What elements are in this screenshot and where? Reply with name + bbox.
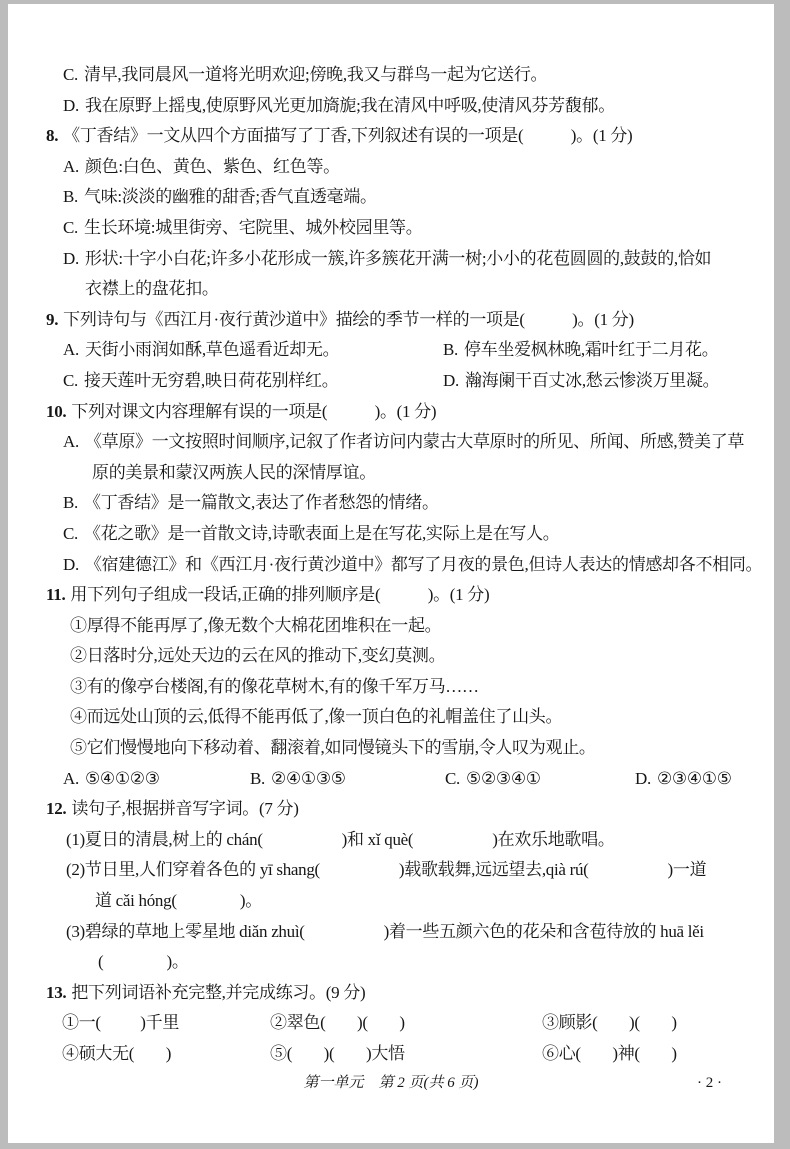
q8-option-d-continuation: 衣襟上的盘花扣。 bbox=[38, 274, 748, 305]
item-text: (1)夏日的清晨,树上的 chán( )和 xǐ què( )在欢乐地歌唱。 bbox=[66, 830, 615, 849]
option-text: 《宿建德江》和《西江月·夜行黄沙道中》都写了月夜的景色,但诗人表达的情感却各不相… bbox=[85, 555, 762, 574]
q10-option-a: A.《草原》一文按照时间顺序,记叙了作者访问内蒙古大草原时的所见、所闻、所感,赞… bbox=[38, 427, 748, 458]
q12-item-2: (2)节日里,人们穿着各色的 yī shang( )载歌载舞,远远望去,qià … bbox=[38, 855, 748, 886]
option-text: 瀚海阑干百丈冰,愁云惨淡万里凝。 bbox=[465, 371, 719, 390]
q13-word-5: ⑤( )( )大悟 bbox=[270, 1039, 542, 1070]
question-number: 8. bbox=[46, 126, 58, 145]
q9-option-a: A.天街小雨润如酥,草色遥看近却无。 bbox=[63, 335, 443, 366]
q13-word-6: ⑥心( )神( ) bbox=[542, 1039, 677, 1070]
item-text: (3)碧绿的草地上零星地 diǎn zhuì( )着一些五颜六色的花朵和含苞待放… bbox=[66, 922, 704, 941]
option-text: 《草原》一文按照时间顺序,记叙了作者访问内蒙古大草原时的所见、所闻、所感,赞美了… bbox=[85, 432, 744, 451]
q9-option-b: B.停车坐爱枫林晚,霜叶红于二月花。 bbox=[443, 335, 718, 366]
q13-stem: 13.把下列词语补充完整,并完成练习。(9 分) bbox=[38, 978, 748, 1009]
option-text: ②④①③⑤ bbox=[271, 769, 346, 788]
item-text: ( )。 bbox=[98, 952, 189, 971]
option-text: 形状:十字小白花;许多小花形成一簇,许多簇花开满一树;小小的花苞圆圆的,鼓鼓的,… bbox=[85, 249, 711, 268]
option-text: ⑤④①②③ bbox=[85, 769, 160, 788]
item-text: 道 cǎi hóng( )。 bbox=[95, 891, 262, 910]
question-text: 下列对课文内容理解有误的一项是( )。(1 分) bbox=[71, 402, 436, 421]
option-label: C. bbox=[63, 371, 78, 390]
option-label: A. bbox=[63, 340, 79, 359]
q11-sentence-1: ①厚得不能再厚了,像无数个大棉花团堆积在一起。 bbox=[38, 611, 748, 642]
q11-sentence-4: ④而远处山顶的云,低得不能再低了,像一顶白色的礼帽盖住了山头。 bbox=[38, 702, 748, 733]
sentence-text: ③有的像亭台楼阁,有的像花草树木,有的像千军万马…… bbox=[70, 677, 479, 696]
option-label: C. bbox=[63, 65, 78, 84]
option-label: C. bbox=[63, 524, 78, 543]
q12-item-3-continuation: ( )。 bbox=[38, 947, 748, 978]
q11-choice-d: D.②③④①⑤ bbox=[635, 764, 732, 795]
q9-option-d: D.瀚海阑干百丈冰,愁云惨淡万里凝。 bbox=[443, 366, 719, 397]
option-text: 生长环境:城里街旁、宅院里、城外校园里等。 bbox=[84, 218, 422, 237]
option-label: C. bbox=[445, 769, 460, 788]
question-number: 13. bbox=[46, 983, 66, 1002]
option-text: 原的美景和蒙汉两族人民的深情厚谊。 bbox=[92, 463, 376, 482]
q9-options-row-1: A.天街小雨润如酥,草色遥看近却无。 B.停车坐爱枫林晚,霜叶红于二月花。 bbox=[38, 335, 748, 366]
q11-choice-c: C.⑤②③④① bbox=[445, 764, 635, 795]
q13-words-row-2: ④硕大无( ) ⑤( )( )大悟 ⑥心( )神( ) bbox=[38, 1039, 748, 1070]
q12-item-1: (1)夏日的清晨,树上的 chán( )和 xǐ què( )在欢乐地歌唱。 bbox=[38, 825, 748, 856]
q13-word-3: ③顾影( )( ) bbox=[542, 1008, 677, 1039]
option-text: 天街小雨润如酥,草色遥看近却无。 bbox=[85, 340, 339, 359]
q10-option-a-continuation: 原的美景和蒙汉两族人民的深情厚谊。 bbox=[38, 458, 748, 489]
prev-option-d: D.我在原野上摇曳,使原野风光更加旖旎;我在清风中呼吸,使清风芬芳馥郁。 bbox=[38, 91, 748, 122]
q11-choice-a: A.⑤④①②③ bbox=[63, 764, 250, 795]
q11-sentence-5: ⑤它们慢慢地向下移动着、翻滚着,如同慢镜头下的雪崩,令人叹为观止。 bbox=[38, 733, 748, 764]
option-label: A. bbox=[63, 432, 79, 451]
q11-sentence-3: ③有的像亭台楼阁,有的像花草树木,有的像千军万马…… bbox=[38, 672, 748, 703]
option-label: D. bbox=[443, 371, 459, 390]
exam-content: C.清早,我同晨风一道将光明欢迎;傍晚,我又与群鸟一起为它送行。 D.我在原野上… bbox=[8, 4, 774, 1070]
question-text: 把下列词语补充完整,并完成练习。(9 分) bbox=[71, 983, 365, 1002]
option-text: ⑤②③④① bbox=[466, 769, 541, 788]
q9-options-row-2: C.接天莲叶无穷碧,映日荷花别样红。 D.瀚海阑干百丈冰,愁云惨淡万里凝。 bbox=[38, 366, 748, 397]
exam-page: C.清早,我同晨风一道将光明欢迎;傍晚,我又与群鸟一起为它送行。 D.我在原野上… bbox=[8, 4, 774, 1143]
question-number: 11. bbox=[46, 585, 65, 604]
option-label: B. bbox=[443, 340, 458, 359]
q8-option-b: B.气味:淡淡的幽雅的甜香;香气直透毫端。 bbox=[38, 182, 748, 213]
q13-word-1: ①一( )千里 bbox=[62, 1008, 270, 1039]
question-text: 《丁香结》一文从四个方面描写了丁香,下列叙述有误的一项是( )。(1 分) bbox=[63, 126, 632, 145]
question-number: 10. bbox=[46, 402, 66, 421]
q13-word-2: ②翠色( )( ) bbox=[270, 1008, 542, 1039]
q11-stem: 11.用下列句子组成一段话,正确的排列顺序是( )。(1 分) bbox=[38, 580, 748, 611]
q11-choices-row: A.⑤④①②③ B.②④①③⑤ C.⑤②③④① D.②③④①⑤ bbox=[38, 764, 748, 795]
q8-option-c: C.生长环境:城里街旁、宅院里、城外校园里等。 bbox=[38, 213, 748, 244]
sentence-text: ①厚得不能再厚了,像无数个大棉花团堆积在一起。 bbox=[70, 616, 441, 635]
q13-word-4: ④硕大无( ) bbox=[62, 1039, 270, 1070]
option-text: 《丁香结》是一篇散文,表达了作者愁怨的情绪。 bbox=[84, 493, 439, 512]
q10-option-c: C.《花之歌》是一首散文诗,诗歌表面上是在写花,实际上是在写人。 bbox=[38, 519, 748, 550]
footer-unit-page-label: 第一单元 第 2 页(共 6 页) bbox=[304, 1075, 479, 1091]
q8-option-d: D.形状:十字小白花;许多小花形成一簇,许多簇花开满一树;小小的花苞圆圆的,鼓鼓… bbox=[38, 244, 748, 275]
option-label: C. bbox=[63, 218, 78, 237]
q9-stem: 9.下列诗句与《西江月·夜行黄沙道中》描绘的季节一样的一项是( )。(1 分) bbox=[38, 305, 748, 336]
q11-choice-b: B.②④①③⑤ bbox=[250, 764, 445, 795]
option-label: B. bbox=[250, 769, 265, 788]
option-text: 清早,我同晨风一道将光明欢迎;傍晚,我又与群鸟一起为它送行。 bbox=[84, 65, 547, 84]
sentence-text: ②日落时分,远处天边的云在风的推动下,变幻莫测。 bbox=[70, 646, 445, 665]
option-text: 停车坐爱枫林晚,霜叶红于二月花。 bbox=[464, 340, 718, 359]
question-text: 下列诗句与《西江月·夜行黄沙道中》描绘的季节一样的一项是( )。(1 分) bbox=[63, 310, 634, 329]
page-footer: 第一单元 第 2 页(共 6 页) · 2 · bbox=[8, 1070, 774, 1096]
option-text: 《花之歌》是一首散文诗,诗歌表面上是在写花,实际上是在写人。 bbox=[84, 524, 560, 543]
option-text: 衣襟上的盘花扣。 bbox=[85, 279, 219, 298]
footer-page-number: · 2 · bbox=[697, 1070, 722, 1096]
item-text: (2)节日里,人们穿着各色的 yī shang( )载歌载舞,远远望去,qià … bbox=[66, 860, 706, 879]
q8-option-a: A.颜色:白色、黄色、紫色、红色等。 bbox=[38, 152, 748, 183]
option-text: 气味:淡淡的幽雅的甜香;香气直透毫端。 bbox=[84, 187, 377, 206]
q12-item-3: (3)碧绿的草地上零星地 diǎn zhuì( )着一些五颜六色的花朵和含苞待放… bbox=[38, 917, 748, 948]
option-text: 接天莲叶无穷碧,映日荷花别样红。 bbox=[84, 371, 338, 390]
q9-option-c: C.接天莲叶无穷碧,映日荷花别样红。 bbox=[63, 366, 443, 397]
question-text: 用下列句子组成一段话,正确的排列顺序是( )。(1 分) bbox=[70, 585, 489, 604]
q11-sentence-2: ②日落时分,远处天边的云在风的推动下,变幻莫测。 bbox=[38, 641, 748, 672]
q8-stem: 8.《丁香结》一文从四个方面描写了丁香,下列叙述有误的一项是( )。(1 分) bbox=[38, 121, 748, 152]
question-number: 12. bbox=[46, 799, 66, 818]
q10-option-b: B.《丁香结》是一篇散文,表达了作者愁怨的情绪。 bbox=[38, 488, 748, 519]
q12-item-2-continuation: 道 cǎi hóng( )。 bbox=[38, 886, 748, 917]
option-label: D. bbox=[63, 555, 79, 574]
option-text: 我在原野上摇曳,使原野风光更加旖旎;我在清风中呼吸,使清风芬芳馥郁。 bbox=[85, 96, 615, 115]
option-label: A. bbox=[63, 157, 79, 176]
option-text: ②③④①⑤ bbox=[657, 769, 732, 788]
option-label: A. bbox=[63, 769, 79, 788]
q13-words-row-1: ①一( )千里 ②翠色( )( ) ③顾影( )( ) bbox=[38, 1008, 748, 1039]
q10-stem: 10.下列对课文内容理解有误的一项是( )。(1 分) bbox=[38, 397, 748, 428]
q12-stem: 12.读句子,根据拼音写字词。(7 分) bbox=[38, 794, 748, 825]
option-label: D. bbox=[63, 96, 79, 115]
question-number: 9. bbox=[46, 310, 58, 329]
option-text: 颜色:白色、黄色、紫色、红色等。 bbox=[85, 157, 340, 176]
q10-option-d: D.《宿建德江》和《西江月·夜行黄沙道中》都写了月夜的景色,但诗人表达的情感却各… bbox=[38, 550, 748, 581]
sentence-text: ⑤它们慢慢地向下移动着、翻滚着,如同慢镜头下的雪崩,令人叹为观止。 bbox=[70, 738, 596, 757]
option-label: B. bbox=[63, 493, 78, 512]
option-label: D. bbox=[635, 769, 651, 788]
sentence-text: ④而远处山顶的云,低得不能再低了,像一顶白色的礼帽盖住了山头。 bbox=[70, 707, 562, 726]
prev-option-c: C.清早,我同晨风一道将光明欢迎;傍晚,我又与群鸟一起为它送行。 bbox=[38, 60, 748, 91]
option-label: D. bbox=[63, 249, 79, 268]
question-text: 读句子,根据拼音写字词。(7 分) bbox=[71, 799, 298, 818]
option-label: B. bbox=[63, 187, 78, 206]
